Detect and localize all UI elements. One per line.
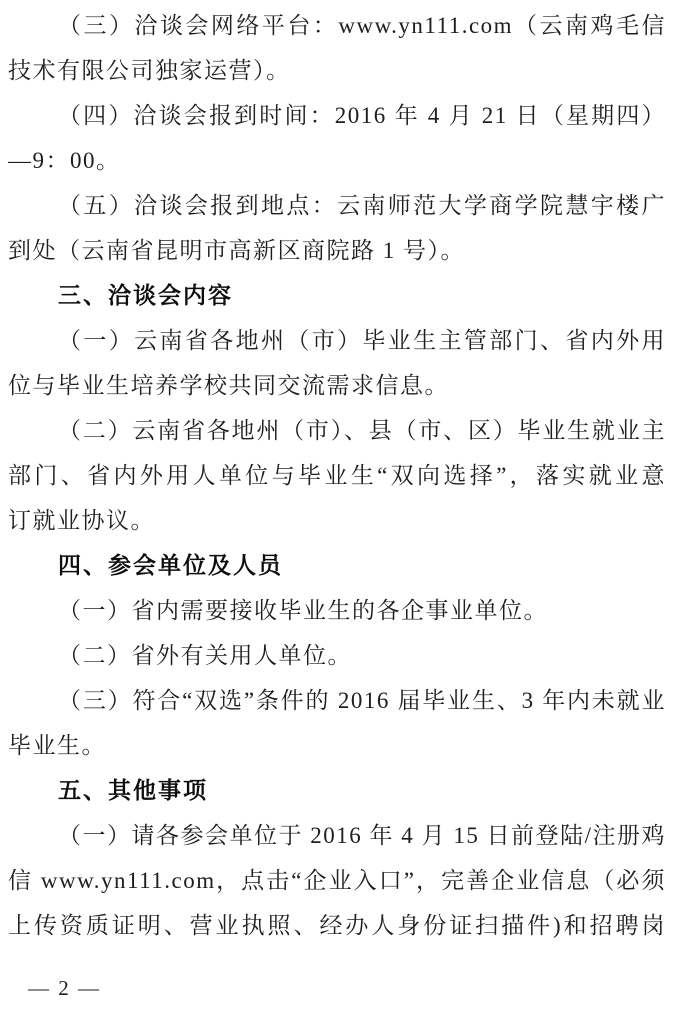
- body-line: 部门、省内外用人单位与毕业生“双向选择”，落实就业意向，签: [8, 453, 666, 498]
- body-line: （三）符合“双选”条件的 2016 届毕业生、3 年内未就业: [8, 678, 666, 723]
- body-line: （一）省内需要接收毕业生的各企事业单位。: [8, 588, 666, 633]
- body-line: 信 www.yn111.com，点击“企业入口”，完善企业信息（必须: [8, 858, 666, 903]
- body-line: （二）云南省各地州（市）、县（市、区）毕业生就业主管: [8, 408, 666, 453]
- body-line: （五）洽谈会报到地点：云南师范大学商学院慧宇楼广场报: [8, 183, 666, 228]
- body-line: 上传资质证明、营业执照、经办人身份证扫描件)和招聘岗位，点: [8, 903, 666, 948]
- page-number: — 2 —: [28, 976, 101, 1001]
- section-heading: 四、参会单位及人员: [8, 543, 666, 588]
- section-heading: 三、洽谈会内容: [8, 273, 666, 318]
- document-page: （三）洽谈会网络平台：www.yn111.com（云南鸡毛信信息技术有限公司独家…: [0, 0, 700, 1012]
- body-line: （三）洽谈会网络平台：www.yn111.com（云南鸡毛信信息: [8, 3, 666, 48]
- body-line: 到处（云南省昆明市高新区商院路 1 号）。: [8, 228, 666, 273]
- body-line: 位与毕业生培养学校共同交流需求信息。: [8, 363, 666, 408]
- body-line: （一）请各参会单位于 2016 年 4 月 15 日前登陆/注册鸡毛: [8, 813, 666, 858]
- body-line: 技术有限公司独家运营）。: [8, 48, 666, 93]
- body-line: （二）省外有关用人单位。: [8, 633, 666, 678]
- body-line: —9：00。: [8, 138, 666, 183]
- section-heading: 五、其他事项: [8, 768, 666, 813]
- body-line: 订就业协议。: [8, 498, 666, 543]
- document-body: （三）洽谈会网络平台：www.yn111.com（云南鸡毛信信息技术有限公司独家…: [8, 3, 666, 948]
- body-line: （一）云南省各地州（市）毕业生主管部门、省内外用人单: [8, 318, 666, 363]
- body-line: 毕业生。: [8, 723, 666, 768]
- body-line: （四）洽谈会报到时间：2016 年 4 月 21 日（星期四）8：00: [8, 93, 666, 138]
